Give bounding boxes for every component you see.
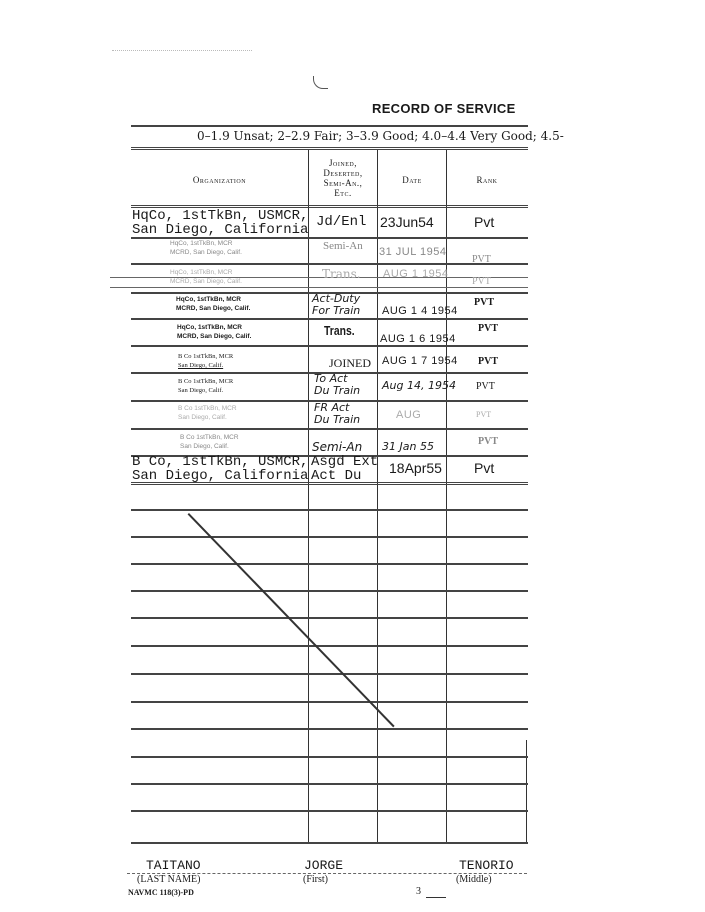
row-9-date: 31 Jan 55 — [382, 441, 434, 453]
rule-bottom — [131, 842, 528, 844]
middle-name-value: TENORIO — [459, 858, 514, 873]
header-joined-line2: Deserted, — [309, 168, 377, 178]
row-5-org-line1: HqCo, 1stTkBn, MCR — [177, 323, 251, 332]
first-name-label: (First) — [303, 874, 328, 885]
rule-empty-6 — [131, 645, 528, 647]
rule-row-4 — [131, 318, 528, 320]
row-5-date: AUG 1 6 1954 — [380, 333, 456, 345]
row-10-org-line1: B Co, 1stTkBn, USMCR, — [132, 455, 308, 469]
row-3-date: AUG 1 1954 — [383, 268, 449, 280]
rule-empty-3 — [131, 563, 528, 565]
row-5-rank: PVT — [478, 323, 498, 334]
row-2-org-line1: HqCo, 1stTkBn, MCR — [170, 239, 242, 248]
row-7-action-line2: Du Train — [314, 385, 360, 397]
row-9-org-line1: B Co 1stTkBn, MCR — [180, 433, 239, 442]
row-4-action-line2: For Train — [312, 305, 360, 317]
rule-strike-2 — [110, 287, 528, 288]
row-9-org-line2: San Diego, Calif. — [180, 442, 239, 451]
row-9-action: Semi-An — [312, 441, 362, 453]
row-6-action: JOINED — [329, 356, 371, 371]
row-4-rank: PVT — [474, 297, 494, 308]
scan-noise — [112, 50, 252, 52]
row-3-org-line1: HqCo, 1stTkBn, MCR — [170, 268, 242, 277]
row-9-rank: PVT — [478, 436, 498, 447]
row-6-organization: B Co 1stTkBn, MCR San Diego, Calif. — [178, 352, 233, 370]
header-joined-line1: Joined, — [309, 158, 377, 168]
row-10-action-line1: Asgd Ext — [311, 455, 378, 469]
rule-empty-9 — [131, 728, 528, 730]
header-joined-line3: Semi-An., — [309, 178, 377, 188]
rule-empty-2 — [131, 536, 528, 538]
row-3-action: Trans. — [322, 267, 361, 281]
row-8-org-line2: San Diego, Calif. — [178, 413, 237, 422]
rule-top — [131, 125, 528, 127]
row-8-date: AUG — [396, 409, 421, 421]
row-2-action: Semi-An — [323, 240, 363, 252]
scan-mark — [313, 76, 328, 89]
row-4-date: AUG 1 4 1954 — [382, 305, 458, 317]
row-10-org-line2: San Diego, California — [132, 469, 308, 483]
form-id: NAVMC 118(3)-PD — [128, 888, 194, 897]
rule-empty-8 — [131, 701, 528, 703]
header-rank: Rank — [447, 175, 527, 185]
row-10-rank: Pvt — [474, 461, 494, 475]
row-8-action-line2: Du Train — [314, 414, 360, 426]
header-date: Date — [378, 175, 446, 185]
row-2-date: 31 JUL 1954 — [379, 246, 446, 258]
row-4-org-line2: MCRD, San Diego, Calif. — [176, 304, 250, 313]
row-8-rank: PVT — [476, 410, 491, 419]
row-1-rank: Pvt — [474, 215, 494, 229]
rule-empty-12 — [131, 810, 528, 812]
row-9-organization: B Co 1stTkBn, MCR San Diego, Calif. — [180, 433, 239, 451]
rule-empty-4 — [131, 590, 528, 592]
last-name-label: (LAST NAME) — [137, 874, 200, 885]
rule-empty-1 — [131, 509, 528, 511]
row-4-organization: HqCo, 1stTkBn, MCR MCRD, San Diego, Cali… — [176, 295, 250, 313]
row-4-org-line1: HqCo, 1stTkBn, MCR — [176, 295, 250, 304]
row-8-org-line1: B Co 1stTkBn, MCR — [178, 404, 237, 413]
rule-header-top — [131, 147, 528, 152]
row-7-org-line1: B Co 1stTkBn, MCR — [178, 377, 233, 386]
row-2-rank: PVT — [472, 254, 491, 265]
rule-empty-10 — [131, 756, 528, 758]
row-8-action: FR Act Du Train — [314, 402, 360, 426]
header-joined: Joined, Deserted, Semi-An., Etc. — [309, 158, 377, 198]
row-8-organization: B Co 1stTkBn, MCR San Diego, Calif. — [178, 404, 237, 422]
void-diagonal-line — [188, 513, 395, 727]
rule-empty-7 — [131, 673, 528, 675]
document-title: RECORD OF SERVICE — [372, 101, 516, 116]
row-7-date: Aug 14, 1954 — [382, 380, 456, 392]
row-6-rank: PVT — [478, 356, 498, 367]
row-10-action-line2: Act Du — [311, 469, 378, 483]
row-7-organization: B Co 1stTkBn, MCR San Diego, Calif. — [178, 377, 233, 395]
row-4-action: Act-Duty For Train — [312, 293, 360, 317]
first-name-value: JORGE — [304, 858, 343, 873]
row-5-org-line2: MCRD, San Diego, Calif. — [177, 332, 251, 341]
row-3-organization: HqCo, 1stTkBn, MCR MCRD, San Diego, Cali… — [170, 268, 242, 286]
row-1-org-line1: HqCo, 1stTkBn, USMCR, — [132, 209, 308, 223]
header-organization: Organization — [131, 175, 308, 185]
row-2-org-line2: MCRD, San Diego, Calif. — [170, 248, 242, 257]
row-1-action: Jd/Enl — [316, 215, 366, 229]
col-divider-1 — [308, 150, 309, 842]
row-7-org-line2: San Diego, Calif. — [178, 386, 233, 395]
rule-row-5 — [131, 345, 528, 347]
row-5-action: Trans. — [324, 323, 355, 338]
row-7-rank: PVT — [476, 381, 495, 392]
row-5-organization: HqCo, 1stTkBn, MCR MCRD, San Diego, Cali… — [177, 323, 251, 341]
rule-row-2 — [131, 263, 528, 265]
row-7-action: To Act Du Train — [314, 373, 360, 397]
row-1-date: 23Jun54 — [380, 215, 434, 229]
row-2-organization: HqCo, 1stTkBn, MCR MCRD, San Diego, Cali… — [170, 239, 242, 257]
row-1-organization: HqCo, 1stTkBn, USMCR, San Diego, Califor… — [132, 209, 308, 237]
scale-legend: 0–1.9 Unsat; 2–2.9 Fair; 3–3.9 Good; 4.0… — [197, 129, 564, 143]
row-6-org-line1: B Co 1stTkBn, MCR — [178, 352, 233, 361]
row-10-date: 18Apr55 — [389, 461, 442, 475]
rule-row-8 — [131, 428, 528, 430]
row-10-organization: B Co, 1stTkBn, USMCR, San Diego, Califor… — [132, 455, 308, 483]
page-number-blank — [426, 897, 446, 898]
row-6-date: AUG 1 7 1954 — [382, 355, 458, 367]
col-divider-2 — [377, 150, 378, 842]
rule-empty-11 — [131, 783, 528, 785]
header-joined-line4: Etc. — [309, 188, 377, 198]
row-3-rank: PVT — [472, 276, 491, 287]
row-6-org-line2: San Diego, Calif. — [178, 361, 233, 370]
middle-name-label: (Middle) — [456, 874, 492, 885]
row-1-org-line2: San Diego, California — [132, 223, 308, 237]
last-name-value: TAITANO — [146, 858, 201, 873]
rule-empty-5 — [131, 617, 528, 619]
row-10-action: Asgd Ext Act Du — [311, 455, 378, 483]
row-3-org-line2: MCRD, San Diego, Calif. — [170, 277, 242, 286]
page-number: 3 — [416, 886, 421, 897]
